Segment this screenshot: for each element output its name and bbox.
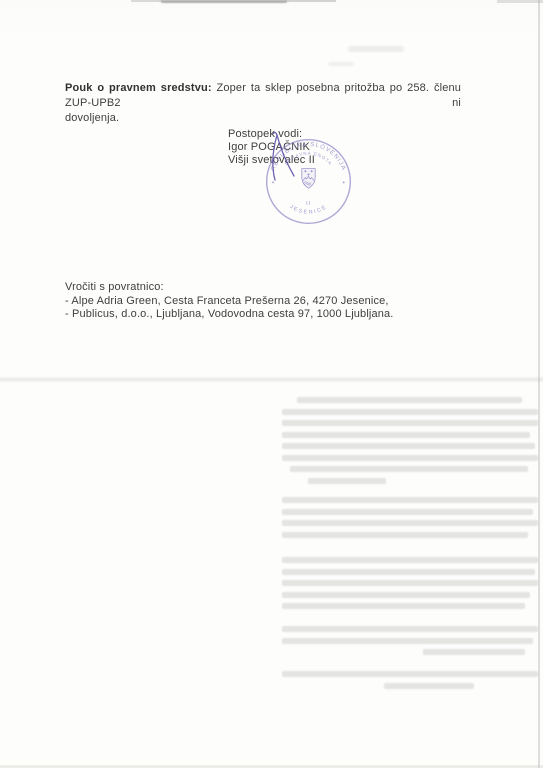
scan-artifact-top-smudge [131,0,160,2]
stamp-number: II [306,201,311,207]
bleed-through-smudge [348,46,404,52]
bleed-through-text-block [282,671,538,694]
bleed-through-text-block [282,497,538,543]
scan-artifact-top-right [497,0,543,3]
delivery-block: Vročiti s povratnico: - Alpe Adria Green… [65,281,394,322]
bleed-through-text-block [282,397,538,489]
legal-remedy-line2: dovoljenja. [65,111,461,126]
scan-artifact-top-smudge [288,0,336,2]
signature-stroke [261,129,307,187]
legal-remedy-label: Pouk o pravnem sredstvu: [65,82,212,94]
scan-artifact-top-smudge [160,0,288,3]
page-edge-right [538,0,540,768]
bleed-through-smudge [328,62,354,66]
scanned-document-page: Pouk o pravnem sredstvu: Zoper ta sklep … [0,0,543,768]
legal-remedy-paragraph: Pouk o pravnem sredstvu: Zoper ta sklep … [65,81,461,126]
delivery-heading: Vročiti s povratnico: [65,281,394,295]
delivery-recipient: - Alpe Adria Green, Cesta Franceta Preše… [65,295,394,309]
delivery-recipient: - Publicus, d.o.o., Ljubljana, Vodovodna… [65,308,394,322]
legal-remedy-line1: Pouk o pravnem sredstvu: Zoper ta sklep … [65,81,461,111]
bleed-through-text-block [282,626,538,661]
scan-streak-horizontal [0,376,543,383]
bleed-through-text-block [282,557,538,615]
stamp-separator-star: ✶ [342,180,346,185]
